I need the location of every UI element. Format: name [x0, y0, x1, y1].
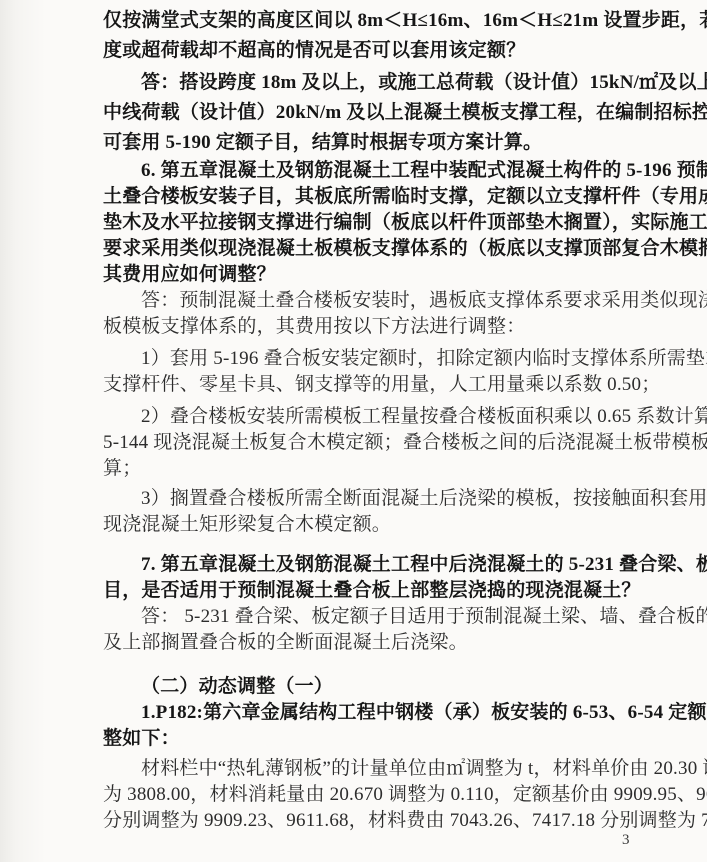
question-5-continuation: 仅按满堂式支架的高度区间以 8m＜H≤16m、16m＜H≤21m 设置步距，若发…: [103, 6, 667, 66]
text-line: 1.P182:第六章金属结构工程中钢楼（承）板安装的 6-53、6-54 定额子…: [103, 700, 667, 726]
text-line: 及上部搁置叠合板的全断面混凝土后浇梁。: [103, 630, 667, 656]
answer-5: 答：搭设跨度 18m 及以上，或施工总荷载（设计值）15kN/㎡及以上，或集中线…: [103, 68, 667, 158]
text-line: （二）动态调整（一）: [103, 674, 667, 700]
text-line: 垫木及水平拉接钢支撑进行编制（板底以杆件顶部垫木搁置），实际施工时，遇: [103, 210, 667, 236]
para-material-adjustment: 材料栏中“热轧薄钢板”的计量单位由㎡调整为 t，材料单价由 20.30 调整为 …: [103, 756, 667, 834]
question-6: 6. 第五章混凝土及钢筋混凝土工程中装配式混凝土构件的 5-196 预制混凝土叠…: [103, 158, 667, 288]
text-line: 可套用 5-190 定额子目，结算时根据专项方案计算。: [103, 128, 667, 158]
text-line: 答：搭设跨度 18m 及以上，或施工总荷载（设计值）15kN/㎡及以上，或集: [103, 68, 667, 98]
answer-6-item-1: 1）套用 5-196 叠合板安装定额时，扣除定额内临时支撑体系所需垫木、立支撑杆…: [103, 346, 667, 398]
document-content: 仅按满堂式支架的高度区间以 8m＜H≤16m、16m＜H≤21m 设置步距，若发…: [103, 6, 667, 834]
text-line: 支撑杆件、零星卡具、钢支撑等的用量，人工用量乘以系数 0.50；: [103, 372, 667, 398]
answer-6-item-2: 2）叠合楼板安装所需模板工程量按叠合楼板面积乘以 0.65 系数计算，套用5-1…: [103, 404, 667, 482]
text-line: 材料栏中“热轧薄钢板”的计量单位由㎡调整为 t，材料单价由 20.30 调整: [103, 756, 667, 782]
text-line: 5-144 现浇混凝土板复合木模定额；叠合楼板之间的后浇混凝土板带模板不另计: [103, 430, 667, 456]
section-heading-dynamic-adjustment: （二）动态调整（一）: [103, 674, 667, 700]
document-page: 仅按满堂式支架的高度区间以 8m＜H≤16m、16m＜H≤21m 设置步距，若发…: [0, 0, 707, 862]
text-line: 3）搁置叠合楼板所需全断面混凝土后浇梁的模板，按接触面积套用 5-131: [103, 486, 667, 512]
text-line: 为 3808.00，材料消耗量由 20.670 调整为 0.110，定额基价由 …: [103, 782, 667, 808]
text-line: 度或超荷载却不超高的情况是否可以套用该定额？: [103, 36, 667, 66]
text-line: 1）套用 5-196 叠合板安装定额时，扣除定额内临时支撑体系所需垫木、立: [103, 346, 667, 372]
answer-7: 答： 5-231 叠合梁、板定额子目适用于预制混凝土梁、墙、叠合板的顶部及上部搁…: [103, 604, 667, 656]
text-line: 答： 5-231 叠合梁、板定额子目适用于预制混凝土梁、墙、叠合板的顶部: [103, 604, 667, 630]
text-line: 分别调整为 9909.23、9611.68，材料费由 7043.26、7417.…: [103, 808, 667, 834]
text-line: 7. 第五章混凝土及钢筋混凝土工程中后浇混凝土的 5-231 叠合梁、板定额子: [103, 552, 667, 578]
text-line: 其费用应如何调整？: [103, 262, 667, 288]
text-line: 答：预制混凝土叠合楼板安装时，遇板底支撑体系要求采用类似现浇混凝土: [103, 288, 667, 314]
text-line: 仅按满堂式支架的高度区间以 8m＜H≤16m、16m＜H≤21m 设置步距，若发…: [103, 6, 667, 36]
text-line: 板模板支撑体系的，其费用按以下方法进行调整：: [103, 314, 667, 340]
text-line: 整如下：: [103, 726, 667, 752]
text-line: 算；: [103, 456, 667, 482]
text-line: 现浇混凝土矩形梁复合木模定额。: [103, 512, 667, 538]
question-7: 7. 第五章混凝土及钢筋混凝土工程中后浇混凝土的 5-231 叠合梁、板定额子目…: [103, 552, 667, 604]
text-line: 2）叠合楼板安装所需模板工程量按叠合楼板面积乘以 0.65 系数计算，套用: [103, 404, 667, 430]
text-line: 要求采用类似现浇混凝土板模板支撑体系的（板底以支撑顶部复合木模搁置），: [103, 236, 667, 262]
text-line: 中线荷载（设计值）20kN/m 及以上混凝土模板支撑工程，在编制招标控制价时: [103, 98, 667, 128]
answer-6-item-3: 3）搁置叠合楼板所需全断面混凝土后浇梁的模板，按接触面积套用 5-131现浇混凝…: [103, 486, 667, 538]
text-line: 6. 第五章混凝土及钢筋混凝土工程中装配式混凝土构件的 5-196 预制混凝: [103, 158, 667, 184]
text-line: 目，是否适用于预制混凝土叠合板上部整层浇捣的现浇混凝土？: [103, 578, 667, 604]
text-line: 土叠合楼板安装子目，其板底所需临时支撑，定额以立支撑杆件（专用成套支撑）、: [103, 184, 667, 210]
page-number: 3: [622, 832, 630, 849]
para-p182-intro: 1.P182:第六章金属结构工程中钢楼（承）板安装的 6-53、6-54 定额子…: [103, 700, 667, 752]
answer-6-intro: 答：预制混凝土叠合楼板安装时，遇板底支撑体系要求采用类似现浇混凝土板模板支撑体系…: [103, 288, 667, 340]
